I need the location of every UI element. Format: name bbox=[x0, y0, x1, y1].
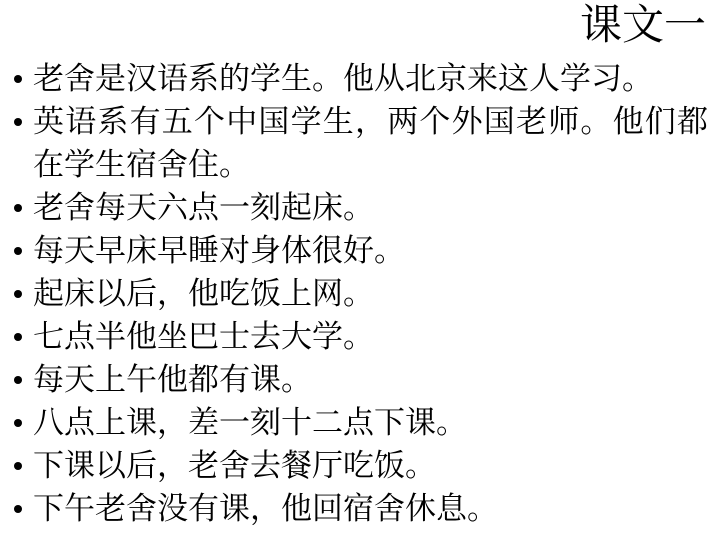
bullet-dot-icon bbox=[14, 290, 22, 298]
bullet-dot-icon bbox=[14, 419, 22, 427]
bullet-dot-icon bbox=[14, 118, 22, 126]
bullet-list: 老舍是汉语系的学生。他从北京来这人学习。 英语系有五个中国学生，两个外国老师。他… bbox=[0, 57, 720, 530]
bullet-text: 英语系有五个中国学生，两个外国老师。他们都在学生宿舍住。 bbox=[33, 104, 708, 182]
bullet-item: 起床以后，他吃饭上网。 bbox=[0, 272, 708, 315]
bullet-item: 每天上午他都有课。 bbox=[0, 358, 708, 401]
bullet-text: 每天上午他都有课。 bbox=[33, 362, 312, 397]
bullet-text: 下课以后，老舍去餐厅吃饭。 bbox=[33, 448, 436, 483]
bullet-item: 老舍是汉语系的学生。他从北京来这人学习。 bbox=[0, 57, 708, 100]
bullet-item: 老舍每天六点一刻起床。 bbox=[0, 186, 708, 229]
bullet-text: 起床以后，他吃饭上网。 bbox=[33, 276, 374, 311]
bullet-text: 七点半他坐巴士去大学。 bbox=[33, 319, 374, 354]
bullet-dot-icon bbox=[14, 505, 22, 513]
bullet-text: 每天早床早睡对身体很好。 bbox=[33, 233, 405, 268]
bullet-dot-icon bbox=[14, 333, 22, 341]
bullet-item: 八点上课，差一刻十二点下课。 bbox=[0, 401, 708, 444]
bullet-text: 八点上课，差一刻十二点下课。 bbox=[33, 405, 467, 440]
presentation-slide: 课文一 老舍是汉语系的学生。他从北京来这人学习。 英语系有五个中国学生，两个外国… bbox=[0, 0, 720, 540]
slide-title: 课文一 bbox=[0, 0, 720, 50]
bullet-item: 七点半他坐巴士去大学。 bbox=[0, 315, 708, 358]
bullet-item: 下午老舍没有课，他回宿舍休息。 bbox=[0, 487, 708, 530]
bullet-item: 英语系有五个中国学生，两个外国老师。他们都在学生宿舍住。 bbox=[0, 100, 708, 186]
bullet-dot-icon bbox=[14, 376, 22, 384]
bullet-dot-icon bbox=[14, 204, 22, 212]
bullet-item: 下课以后，老舍去餐厅吃饭。 bbox=[0, 444, 708, 487]
bullet-dot-icon bbox=[14, 462, 22, 470]
bullet-dot-icon bbox=[14, 247, 22, 255]
bullet-dot-icon bbox=[14, 75, 22, 83]
bullet-text: 下午老舍没有课，他回宿舍休息。 bbox=[33, 491, 498, 526]
bullet-text: 老舍每天六点一刻起床。 bbox=[33, 190, 374, 225]
bullet-item: 每天早床早睡对身体很好。 bbox=[0, 229, 708, 272]
bullet-text: 老舍是汉语系的学生。他从北京来这人学习。 bbox=[33, 61, 653, 96]
